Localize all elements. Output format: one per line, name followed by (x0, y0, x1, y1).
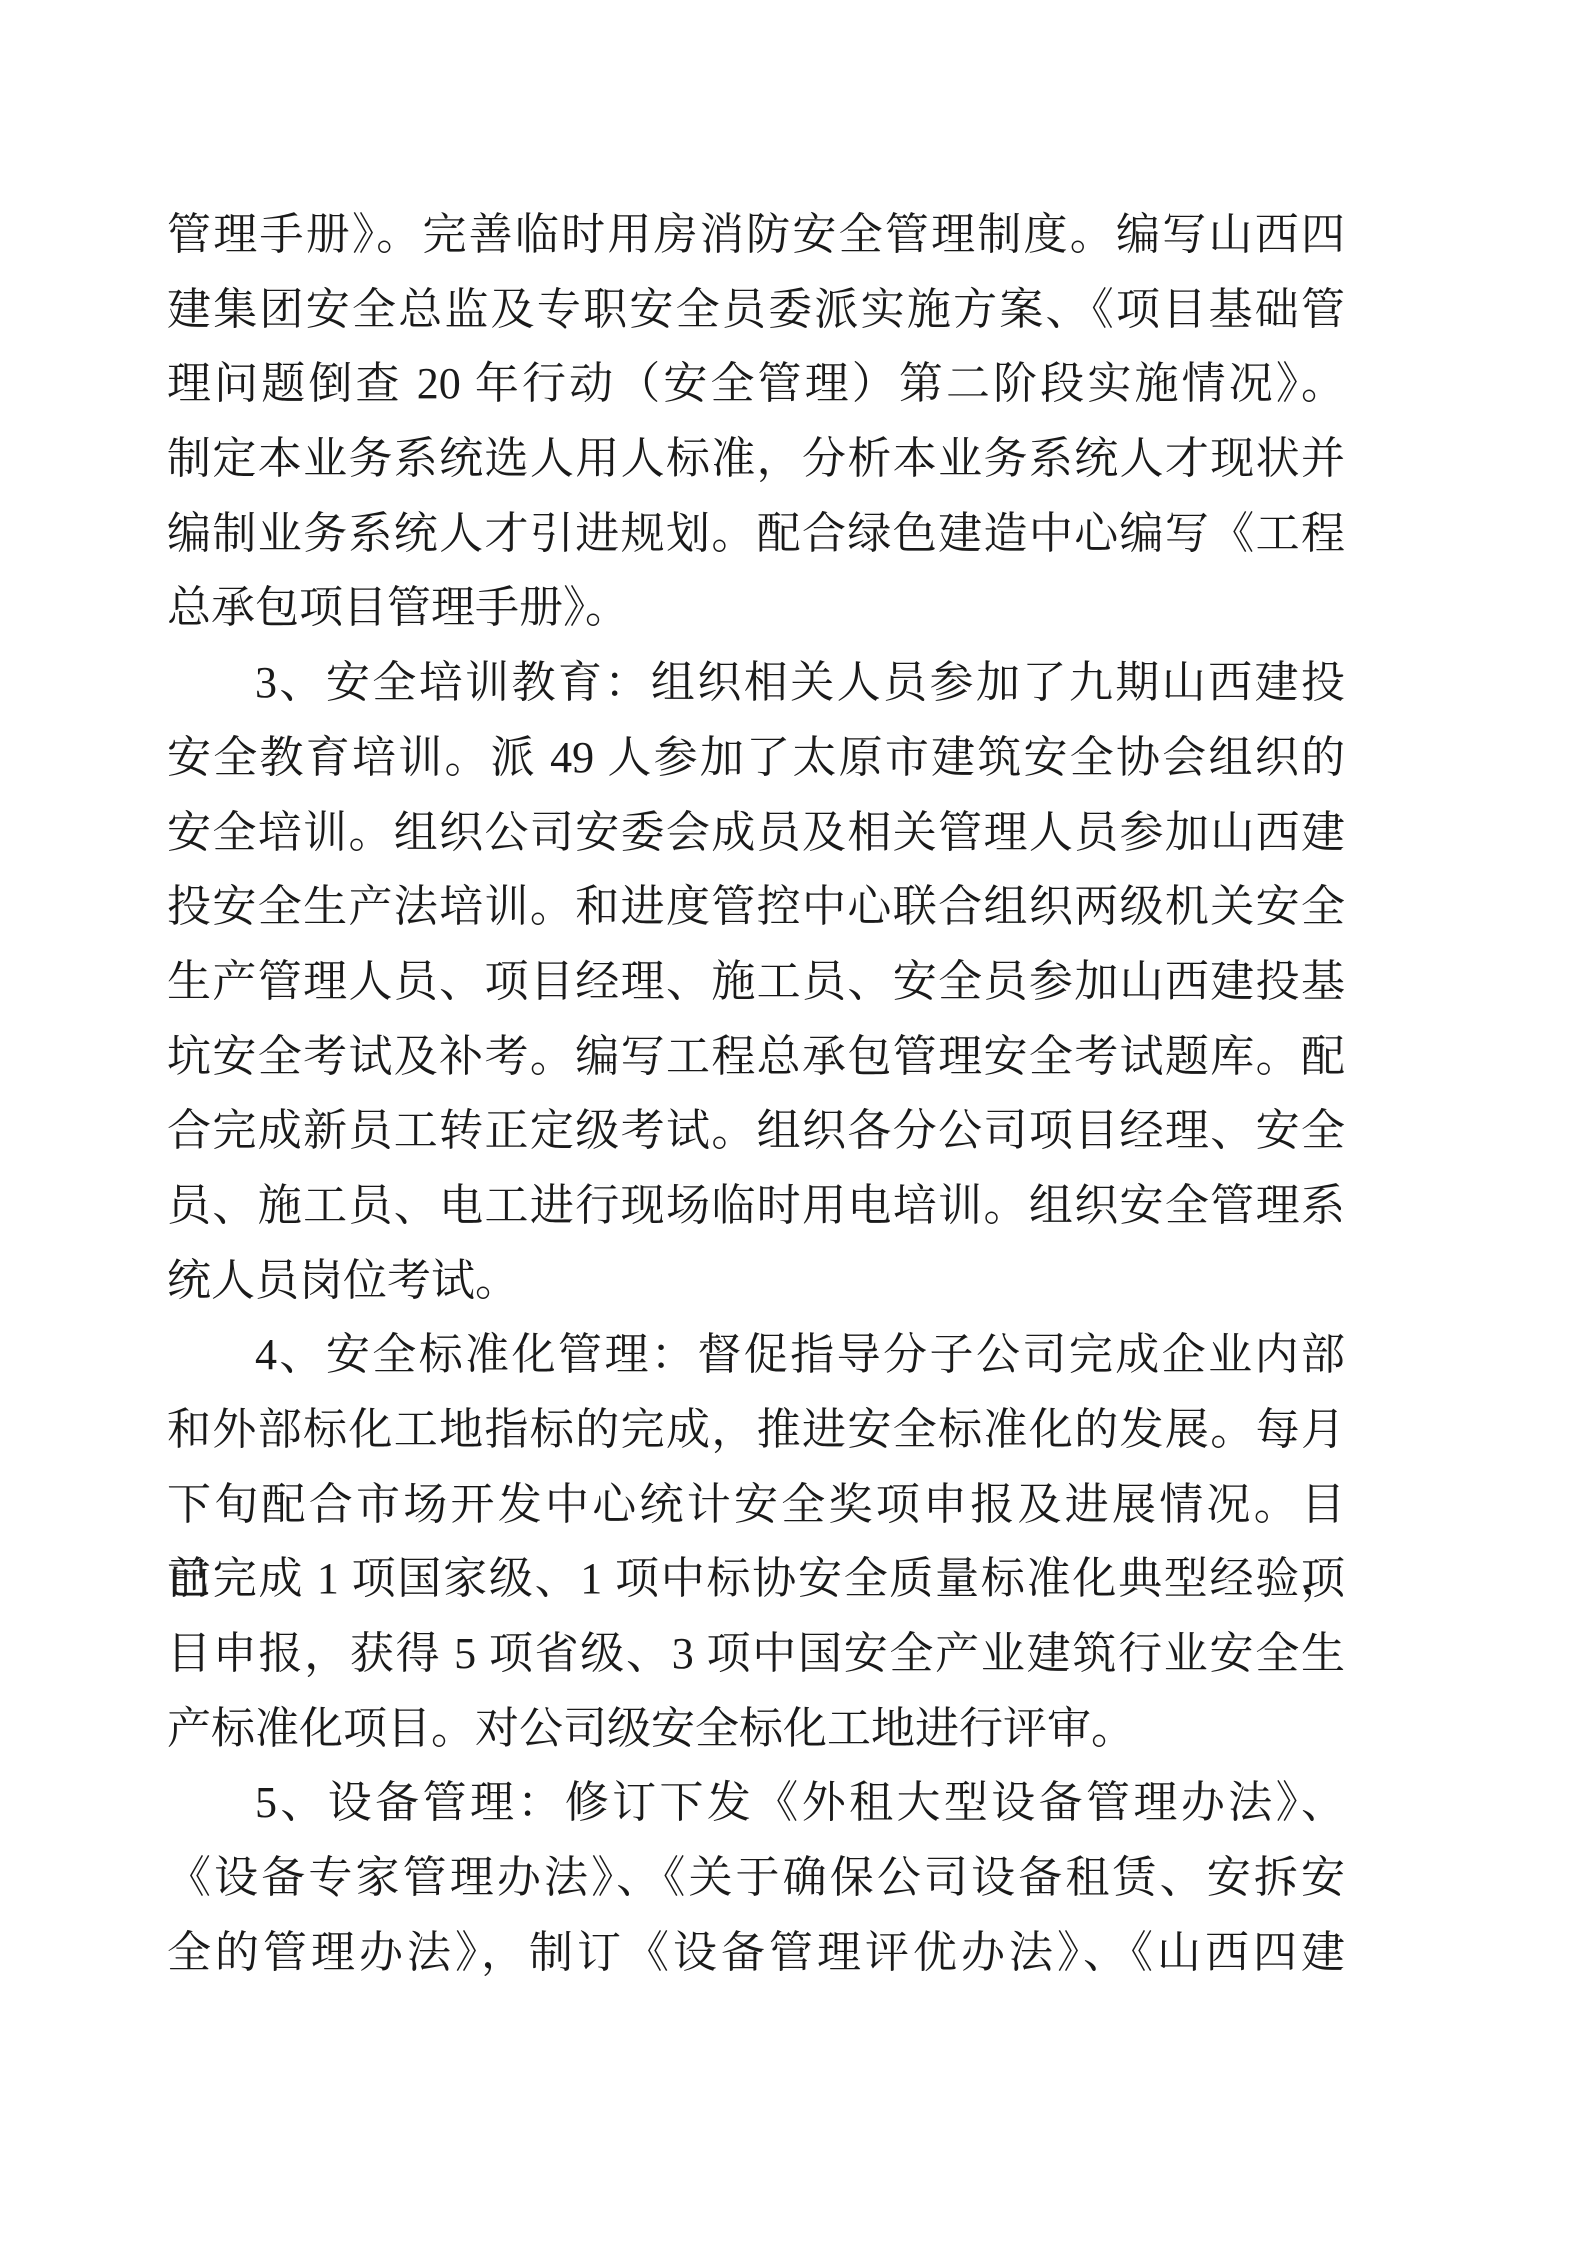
text-line: 已完成 1 项国家级、1 项中标协安全质量标准化典型经验项 (167, 1542, 1345, 1617)
text-line-paragraph-start-4: 4、安全标准化管理：督促指导分子公司完成企业内部 (167, 1318, 1345, 1393)
text-line-paragraph-end: 产标准化项目。对公司级安全标化工地进行评审。 (167, 1692, 1345, 1767)
text-line: 坑安全考试及补考。编写工程总承包管理安全考试题库。配 (167, 1020, 1345, 1095)
text-line: 编制业务系统人才引进规划。配合绿色建造中心编写《工程 (167, 497, 1345, 572)
text-line-paragraph-start-5: 5、设备管理：修订下发《外租大型设备管理办法》、 (167, 1766, 1345, 1841)
text-line: 下旬配合市场开发中心统计安全奖项申报及进展情况。目前， (167, 1468, 1345, 1543)
text-line-paragraph-start-3: 3、安全培训教育：组织相关人员参加了九期山西建投 (167, 646, 1345, 721)
text-line: 安全培训。组织公司安委会成员及相关管理人员参加山西建 (167, 796, 1345, 871)
text-line: 目申报，获得 5 项省级、3 项中国安全产业建筑行业安全生 (167, 1617, 1345, 1692)
text-line: 投安全生产法培训。和进度管控中心联合组织两级机关安全 (167, 870, 1345, 945)
text-line: 员、施工员、电工进行现场临时用电培训。组织安全管理系 (167, 1169, 1345, 1244)
text-line: 安全教育培训。派 49 人参加了太原市建筑安全协会组织的 (167, 721, 1345, 796)
text-line: 和外部标化工地指标的完成，推进安全标准化的发展。每月 (167, 1393, 1345, 1468)
document-body-text: 管理手册》。完善临时用房消防安全管理制度。编写山西四 建集团安全总监及专职安全员… (167, 198, 1345, 1991)
text-line: 合完成新员工转正定级考试。组织各分公司项目经理、安全 (167, 1094, 1345, 1169)
text-line-paragraph-end: 总承包项目管理手册》。 (167, 571, 1345, 646)
text-line: 全的管理办法》，制订《设备管理评优办法》、《山西四建 (167, 1916, 1345, 1991)
text-line: 建集团安全总监及专职安全员委派实施方案、《项目基础管 (167, 273, 1345, 348)
text-line: 制定本业务系统选人用人标准，分析本业务系统人才现状并 (167, 422, 1345, 497)
text-line: 管理手册》。完善临时用房消防安全管理制度。编写山西四 (167, 198, 1345, 273)
text-line-paragraph-end: 统人员岗位考试。 (167, 1244, 1345, 1319)
text-line: 理问题倒查 20 年行动（安全管理）第二阶段实施情况》。 (167, 347, 1345, 422)
text-line: 生产管理人员、项目经理、施工员、安全员参加山西建投基 (167, 945, 1345, 1020)
text-line: 《设备专家管理办法》、《关于确保公司设备租赁、安拆安 (167, 1841, 1345, 1916)
document-page: 管理手册》。完善临时用房消防安全管理制度。编写山西四 建集团安全总监及专职安全员… (0, 0, 1587, 2245)
